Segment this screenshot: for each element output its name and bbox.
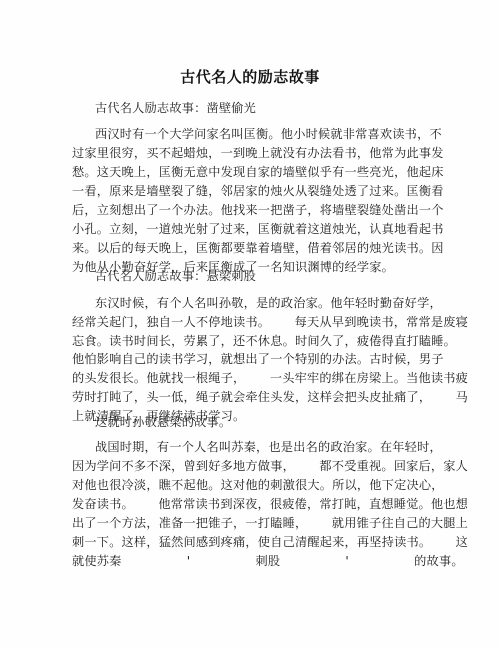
paragraph-line: 战国时期，有一个人名叫苏秦，也是出名的政治家。在年轻时，: [95, 438, 455, 456]
paragraph-line: 一看，原来是墙壁裂了缝，邻居家的烛火从裂缝处透了过来。匡衡看: [72, 182, 432, 200]
document-page: 古代名人的励志故事 古代名人励志故事：凿壁偷光 西汉时有一个大学问家名叫匡衡。他…: [0, 0, 500, 647]
paragraph-line: 因为学问不多不深，曾到好多地方做事， 都不受重视。回家后，家人: [72, 457, 432, 475]
paragraph-line: 刺一下。这样，猛然间感到疼痛，使自己清醒起来，再坚持读书。 这: [72, 533, 432, 551]
section-heading: 古代名人励志故事：凿壁偷光: [95, 99, 455, 117]
paragraph-line: 经常关起门，独自一人不停地读书。 每天从早到晚读书，常常是废寝: [72, 313, 432, 331]
section-heading: 古代名人励志故事：悬梁刺股: [95, 267, 455, 285]
paragraph-line: 后，立刻想出了一个办法。他找来一把凿子，将墙壁裂缝处凿出一个: [72, 201, 432, 219]
paragraph-line: 对他也很冷淡，瞧不起他。这对他的刺激很大。所以，他下定决心，: [72, 476, 432, 494]
paragraph-line: 西汉时有一个大学问家名叫匡衡。他小时候就非常喜欢读书，不: [95, 125, 455, 143]
paragraph-line: 来。以后的每天晚上，匡衡都要靠着墙壁，借着邻居的烛光读书。因: [72, 239, 432, 257]
paragraph-line: 就使苏秦 ' 刺股 ' 的故事。: [72, 552, 432, 570]
paragraph-line: 他怕影响自己的读书学习，就想出了一个特别的办法。古时候，男子: [72, 350, 432, 368]
paragraph-line: 的头发很长。他就找一根绳子， 一头牢牢的绑在房梁上。当他读书疲: [72, 369, 432, 387]
paragraph-line: 东汉时候，有个人名叫孙敬，是的政治家。他年轻时勤奋好学，: [95, 294, 455, 312]
paragraph-line: 出了一个方法，准备一把锥子，一打瞌睡， 就用锥子往自己的大腿上: [72, 514, 432, 532]
paragraph-line: 这就时孙敬悬梁的故事。: [95, 413, 455, 431]
paragraph-line: 过家里很穷，买不起蜡烛，一到晚上就没有办法看书，他常为此事发: [72, 144, 432, 162]
paragraph-line: 劳时打盹了，头一低，绳子就会牵住头发，这样会把头皮扯痛了， 马: [72, 388, 432, 406]
paragraph-line: 发奋读书。 他常常读书到深夜，很疲倦，常打盹，直想睡觉。他也想: [72, 495, 432, 513]
paragraph-line: 小孔。立刻，一道烛光射了过来，匡衡就着这道烛光，认真地看起书: [72, 220, 432, 238]
paragraph-line: 忘食。读书时间长，劳累了，还不休息。时间久了，疲倦得直打瞌睡。: [72, 332, 432, 350]
paragraph-line: 愁。这天晚上，匡衡无意中发现自家的墙壁似乎有一些亮光，他起床: [72, 163, 432, 181]
document-title: 古代名人的励志故事: [0, 66, 500, 87]
